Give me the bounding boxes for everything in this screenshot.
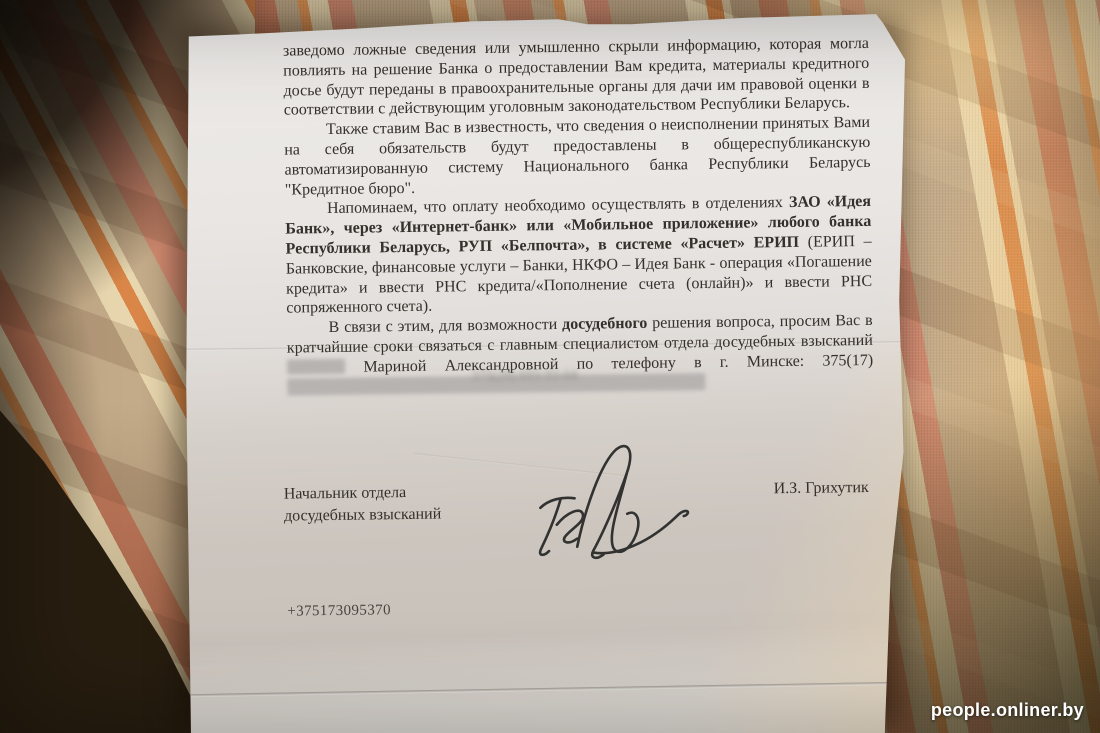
body-text: Также ставим Вас в известность, что свед… — [284, 114, 870, 198]
signer-name: И.З. Грихутик — [774, 478, 869, 499]
document-paragraph: В связи с этим, для возможности досудебн… — [286, 311, 873, 398]
footer-phone-number: +375173095370 — [287, 601, 391, 622]
watermark: people.onliner.by — [931, 700, 1084, 721]
photo-scene: заведомо ложные сведения или умышленно с… — [0, 0, 1100, 733]
signer-title-line2: досудебных взысканий — [284, 503, 441, 527]
body-text: заведомо ложные сведения или умышленно с… — [283, 35, 870, 119]
redacted-surname — [287, 359, 345, 375]
document-paragraph: Напоминаем, что оплату необходимо осущес… — [285, 192, 873, 318]
signer-title: Начальник отдела досудебных взысканий — [284, 482, 442, 527]
document-content: заведомо ложные сведения или умышленно с… — [182, 3, 913, 733]
document-paper: заведомо ложные сведения или умышленно с… — [183, 12, 905, 733]
document-paragraph: Также ставим Вас в известность, что свед… — [284, 113, 871, 200]
signature-block: Начальник отдела досудебных взысканий И.… — [284, 476, 870, 564]
body-text: Мариной Александровной по телефону в г. … — [345, 352, 873, 376]
redaction-ghost-text: 375(29) 693-93-64 — [429, 365, 577, 387]
body-text: В связи с этим, для возможности — [329, 316, 563, 336]
redacted-phone: 375(29) 693-93-64 — [287, 373, 705, 395]
handwritten-signature — [521, 442, 695, 560]
emphasis-text: досудебного — [562, 315, 647, 333]
document-body: заведомо ложные сведения или умышленно с… — [283, 34, 874, 398]
document-paragraph: заведомо ложные сведения или умышленно с… — [283, 34, 870, 121]
signer-title-line1: Начальник отдела — [284, 482, 441, 506]
